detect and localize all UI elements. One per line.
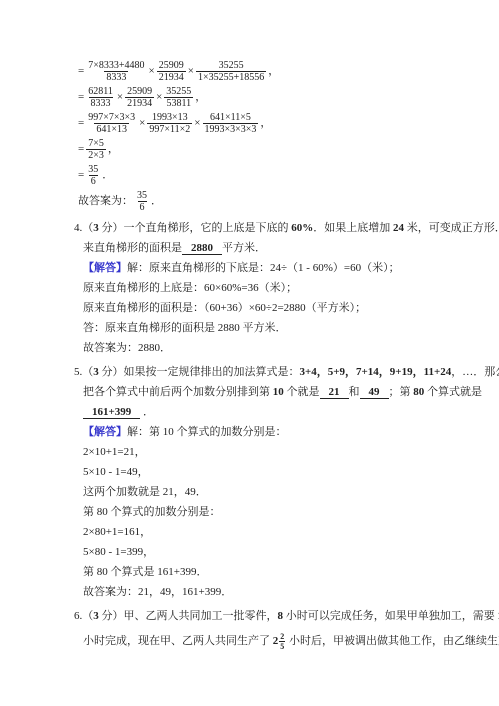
fraction: 997×7×3×3641×13	[86, 112, 137, 135]
text-run: ．	[151, 191, 162, 211]
fraction-part: 53811	[164, 97, 193, 109]
problem-5-line-10: 5×80 - 1=399，	[74, 542, 491, 562]
text-run: 5×80 - 1=399，	[83, 546, 154, 558]
problem-4-line-5: 原来直角梯形的面积是：（60+36）×60÷2=2880（平方米）；	[74, 298, 491, 318]
solution-label: 【解答】	[83, 426, 127, 438]
text-run: 4.（	[74, 222, 93, 234]
fraction-part: 21934	[157, 71, 186, 83]
text-run: 5.（	[74, 366, 93, 378]
problem-5-line-5: 2×10+1=21，	[74, 442, 491, 462]
fraction-part: 1993×3×3×3	[203, 123, 259, 135]
text-run: ×	[156, 87, 162, 107]
text-run: ×	[194, 113, 200, 133]
text-run: ．	[102, 165, 113, 185]
text-run: 原来直角梯形的面积是：（60+36）×60÷2=2880（平方米）；	[83, 302, 366, 314]
text-run: =	[78, 165, 84, 185]
text-run: ×	[149, 61, 155, 81]
problem-5-line-9: 2×80+1=161，	[74, 522, 491, 542]
text-run: 故答案为：2880．	[83, 342, 171, 354]
problem-3-solution-tail-line-2: =628118333×2590921934×3525553811，	[74, 84, 491, 110]
text-run: 5×10 - 1=49，	[83, 466, 149, 478]
text-run: =	[78, 139, 84, 159]
fraction: 3525553811	[164, 86, 193, 109]
text-run: 故答案为：21，49，161+399．	[83, 586, 232, 598]
fraction-part: 1993×13	[150, 112, 190, 123]
fraction-part: 21934	[125, 97, 154, 109]
text-run: 个就是	[284, 386, 320, 398]
solution-label: 【解答】	[83, 262, 127, 274]
text-run: 分）一个直角梯形，它的上底是下底的	[99, 222, 292, 234]
fraction-part: 7×5	[86, 138, 106, 149]
text-run: 来直角梯形的面积是	[83, 242, 182, 254]
fraction: 641×11×51993×3×3×3	[203, 112, 259, 135]
problem-6-line-1: 6.（3 分）甲、乙两人共同加工一批零件，8 小时可以完成任务，如果甲单独加工，…	[74, 606, 491, 626]
fraction: 2590921934	[157, 60, 186, 83]
text-run: 平方米．	[222, 242, 266, 254]
text-run: 这两个加数就是 21，49．	[83, 486, 207, 498]
whole-part: 2	[273, 626, 279, 656]
problem-6: 6.（3 分）甲、乙两人共同加工一批零件，8 小时可以完成任务，如果甲单独加工，…	[74, 606, 491, 656]
fraction-part: 6	[89, 175, 98, 187]
problem-5: 5.（3 分）如果按一定规律排出的加法算式是：3+4，5+9，7+14，9+19…	[74, 362, 491, 602]
document-content: =7×8333+44808333×2590921934×352551×35255…	[74, 58, 491, 656]
text-run: =	[78, 113, 84, 133]
text-run: 个算式就是	[424, 386, 482, 398]
fraction-part: 8333	[104, 71, 128, 83]
fraction-part: 997×7×3×3	[86, 112, 137, 123]
text-run: ，	[268, 61, 279, 81]
text-run: ，	[260, 113, 271, 133]
fraction-part: 35	[135, 190, 149, 201]
fraction-part: 35255	[217, 60, 246, 71]
fraction: 2590921934	[125, 86, 154, 109]
problem-5-line-1: 5.（3 分）如果按一定规律排出的加法算式是：3+4，5+9，7+14，9+19…	[74, 362, 491, 382]
text-run: ；第	[389, 386, 414, 398]
text-run: ．如果上底增加	[313, 222, 393, 234]
text-run: 2×10+1=21，	[83, 446, 146, 458]
problem-4-line-7: 故答案为：2880．	[74, 338, 491, 358]
fraction-part: 25909	[125, 86, 154, 97]
problem-3-solution-tail: =7×8333+44808333×2590921934×352551×35255…	[74, 58, 491, 214]
fraction-part: 35	[86, 164, 100, 175]
text-run: 分）甲、乙两人共同加工一批零件，	[99, 610, 278, 622]
fraction-part: 641×13	[94, 123, 129, 135]
text-run: 米，可变成正方形．原	[404, 222, 499, 234]
mixed-number: 225	[273, 626, 287, 656]
problem-5-line-12: 故答案为：21，49，161+399．	[74, 582, 491, 602]
text-run: 小时完成，现在甲、乙两人共同生产了	[83, 635, 273, 647]
text-run: 2×80+1=161，	[83, 526, 151, 538]
text-run: 小时可以完成任务，如果甲单独加工，需要	[283, 610, 498, 622]
problem-3-solution-tail-line-4: =7×52×3，	[74, 136, 491, 162]
fraction-part: 2×3	[86, 149, 106, 161]
problem-4: 4.（3 分）一个直角梯形，它的上底是下底的 60%．如果上底增加 24 米，可…	[74, 218, 491, 358]
fraction-part: 641×11×5	[208, 112, 253, 123]
text-run: =	[78, 87, 84, 107]
answer-blank: 49	[360, 386, 389, 399]
fraction-part: 25909	[157, 60, 186, 71]
text-run: 答：原来直角梯形的面积是 2880 平方米．	[83, 322, 287, 334]
text-run: ，…．那么，	[451, 366, 499, 378]
problem-5-line-8: 第 80 个算式的加数分别是：	[74, 502, 491, 522]
text-run: 把各个算式中前后两个加数分别排到第	[83, 386, 273, 398]
text-run: 第 80 个算式是 161+399．	[83, 566, 207, 578]
bold-number: 3+4，5+9，7+14，9+19，11+24	[300, 366, 452, 378]
text-run: ，	[108, 139, 119, 159]
problem-6-line-2: 小时完成，现在甲、乙两人共同生产了 225 小时后，甲被调出做其他工作，由乙继续…	[74, 626, 491, 656]
problem-4-line-3: 【解答】解：原来直角梯形的下底是：24÷（1 - 60%）=60（米）；	[74, 258, 491, 278]
problem-3-solution-tail-line-3: =997×7×3×3641×13×1993×13997×11×2×641×11×…	[74, 110, 491, 136]
problem-5-line-6: 5×10 - 1=49，	[74, 462, 491, 482]
text-run: ．	[140, 406, 154, 418]
text-run: 分）如果按一定规律排出的加法算式是：	[99, 366, 300, 378]
text-run: 小时后，甲被调出做其他工作，由乙继续生产	[286, 635, 499, 647]
text-run: 解：原来直角梯形的下底是：24÷（1 - 60%）=60（米）；	[127, 262, 400, 274]
exam-answer-page: =7×8333+44808333×2590921934×352551×35255…	[0, 0, 499, 706]
problem-5-line-4: 【解答】解：第 10 个算式的加数分别是：	[74, 422, 491, 442]
answer-blank: 161+399	[83, 406, 140, 419]
fraction: 7×8333+44808333	[86, 60, 146, 83]
problem-4-line-6: 答：原来直角梯形的面积是 2880 平方米．	[74, 318, 491, 338]
problem-5-line-2: 把各个算式中前后两个加数分别排到第 10 个就是21和49；第 80 个算式就是	[74, 382, 491, 402]
text-run: =	[78, 61, 84, 81]
bold-number: 60%	[291, 222, 313, 234]
problem-4-line-4: 原来直角梯形的上底是：60×60%=36（米）；	[74, 278, 491, 298]
text-run: 和	[349, 386, 360, 398]
fraction-part: 2	[279, 632, 285, 641]
bold-number: 10	[273, 386, 284, 398]
problem-3-solution-tail-line-1: =7×8333+44808333×2590921934×352551×35255…	[74, 58, 491, 84]
problem-3-solution-tail-line-5: =356．	[74, 162, 491, 188]
fraction: 25	[279, 632, 285, 651]
problem-5-line-7: 这两个加数就是 21，49．	[74, 482, 491, 502]
bold-number: 24	[393, 222, 404, 234]
text-run: ，	[195, 87, 206, 107]
fraction-part: 35255	[164, 86, 193, 97]
problem-3-solution-tail-line-6: 故答案为：356．	[74, 188, 491, 214]
fraction-part: 997×11×2	[147, 123, 192, 135]
text-run: 原来直角梯形的上底是：60×60%=36（米）；	[83, 282, 297, 294]
problem-4-line-1: 4.（3 分）一个直角梯形，它的上底是下底的 60%．如果上底增加 24 米，可…	[74, 218, 491, 238]
bold-number: 80	[413, 386, 424, 398]
fraction: 352551×35255+18556	[196, 60, 266, 83]
fraction-part: 62811	[86, 86, 115, 97]
text-run: 第 80 个算式的加数分别是：	[83, 506, 221, 518]
fraction-part: 5	[279, 641, 285, 651]
fraction-part: 8333	[89, 97, 113, 109]
fraction-part: 7×8333+4480	[86, 60, 146, 71]
fraction: 628118333	[86, 86, 115, 109]
text-run: ×	[188, 61, 194, 81]
problem-5-line-11: 第 80 个算式是 161+399．	[74, 562, 491, 582]
fraction-part: 1×35255+18556	[196, 71, 266, 83]
fraction-part: 6	[138, 201, 147, 213]
problem-4-line-2: 来直角梯形的面积是2880平方米．	[74, 238, 491, 258]
fraction: 1993×13997×11×2	[147, 112, 192, 135]
text-run: ×	[139, 113, 145, 133]
fraction: 356	[86, 164, 100, 187]
text-run: ×	[117, 87, 123, 107]
text-run: 故答案为：	[78, 191, 133, 211]
fraction: 356	[135, 190, 149, 213]
text-run: 6.（	[74, 610, 93, 622]
problem-5-line-3: 161+399 ．	[74, 402, 491, 422]
text-run: 解：第 10 个算式的加数分别是：	[127, 426, 287, 438]
answer-blank: 21	[320, 386, 349, 399]
answer-blank: 2880	[182, 242, 222, 255]
fraction: 7×52×3	[86, 138, 106, 161]
